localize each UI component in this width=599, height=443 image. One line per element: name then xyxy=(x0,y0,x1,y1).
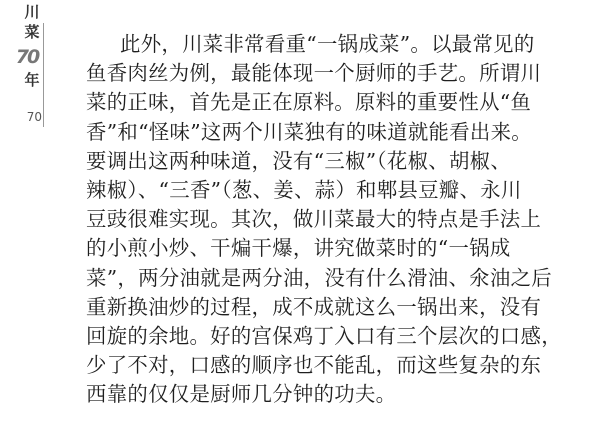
text-line: 香”和“怪味”这两个川菜独有的味道就能看出来。 xyxy=(86,118,502,147)
margin-rule-divider xyxy=(43,23,44,127)
text-line: 豆豉很难实现。其次，做川菜最大的特点是手法上 xyxy=(86,205,502,234)
text-line: 西靠的仅仅是厨师几分钟的功夫。 xyxy=(86,380,502,409)
text-line: 菜”，两分油就是两分油，没有什么滑油、氽油之后 xyxy=(86,264,502,293)
page-margin: 川 菜 70 年 70 xyxy=(0,0,44,443)
page-number: 70 xyxy=(22,110,42,124)
body-paragraph: 此外，川菜非常看重“一锅成菜”。以最常见的 鱼香肉丝为例，最能体现一个厨师的手艺… xyxy=(86,30,502,409)
text-line: 辣椒）、“三香”（葱、姜、蒜）和郫县豆瓣、永川 xyxy=(86,176,502,205)
text-line: 鱼香肉丝为例，最能体现一个厨师的手艺。所谓川 xyxy=(86,59,502,88)
running-title-char-3: 年 xyxy=(22,70,42,90)
running-title-number-70: 70 xyxy=(10,45,44,69)
text-line: 菜的正味，首先是正在原料。原料的重要性从“鱼 xyxy=(86,88,502,117)
text-line: 此外，川菜非常看重“一锅成菜”。以最常见的 xyxy=(86,30,502,59)
running-title-char-2: 菜 xyxy=(22,22,42,42)
text-line: 的小煎小炒、干煸干爆，讲究做菜时的“一锅成 xyxy=(86,234,502,263)
running-title: 川 菜 70 年 xyxy=(22,2,42,90)
text-line: 重新换油炒的过程，成不成就这么一锅出来，没有 xyxy=(86,293,502,322)
running-title-char-1: 川 xyxy=(22,2,42,22)
text-line: 回旋的余地。好的宫保鸡丁入口有三个层次的口感， xyxy=(86,322,502,351)
text-line: 要调出这两种味道，没有“三椒”（花椒、胡椒、 xyxy=(86,147,502,176)
text-line: 少了不对，口感的顺序也不能乱，而这些复杂的东 xyxy=(86,351,502,380)
